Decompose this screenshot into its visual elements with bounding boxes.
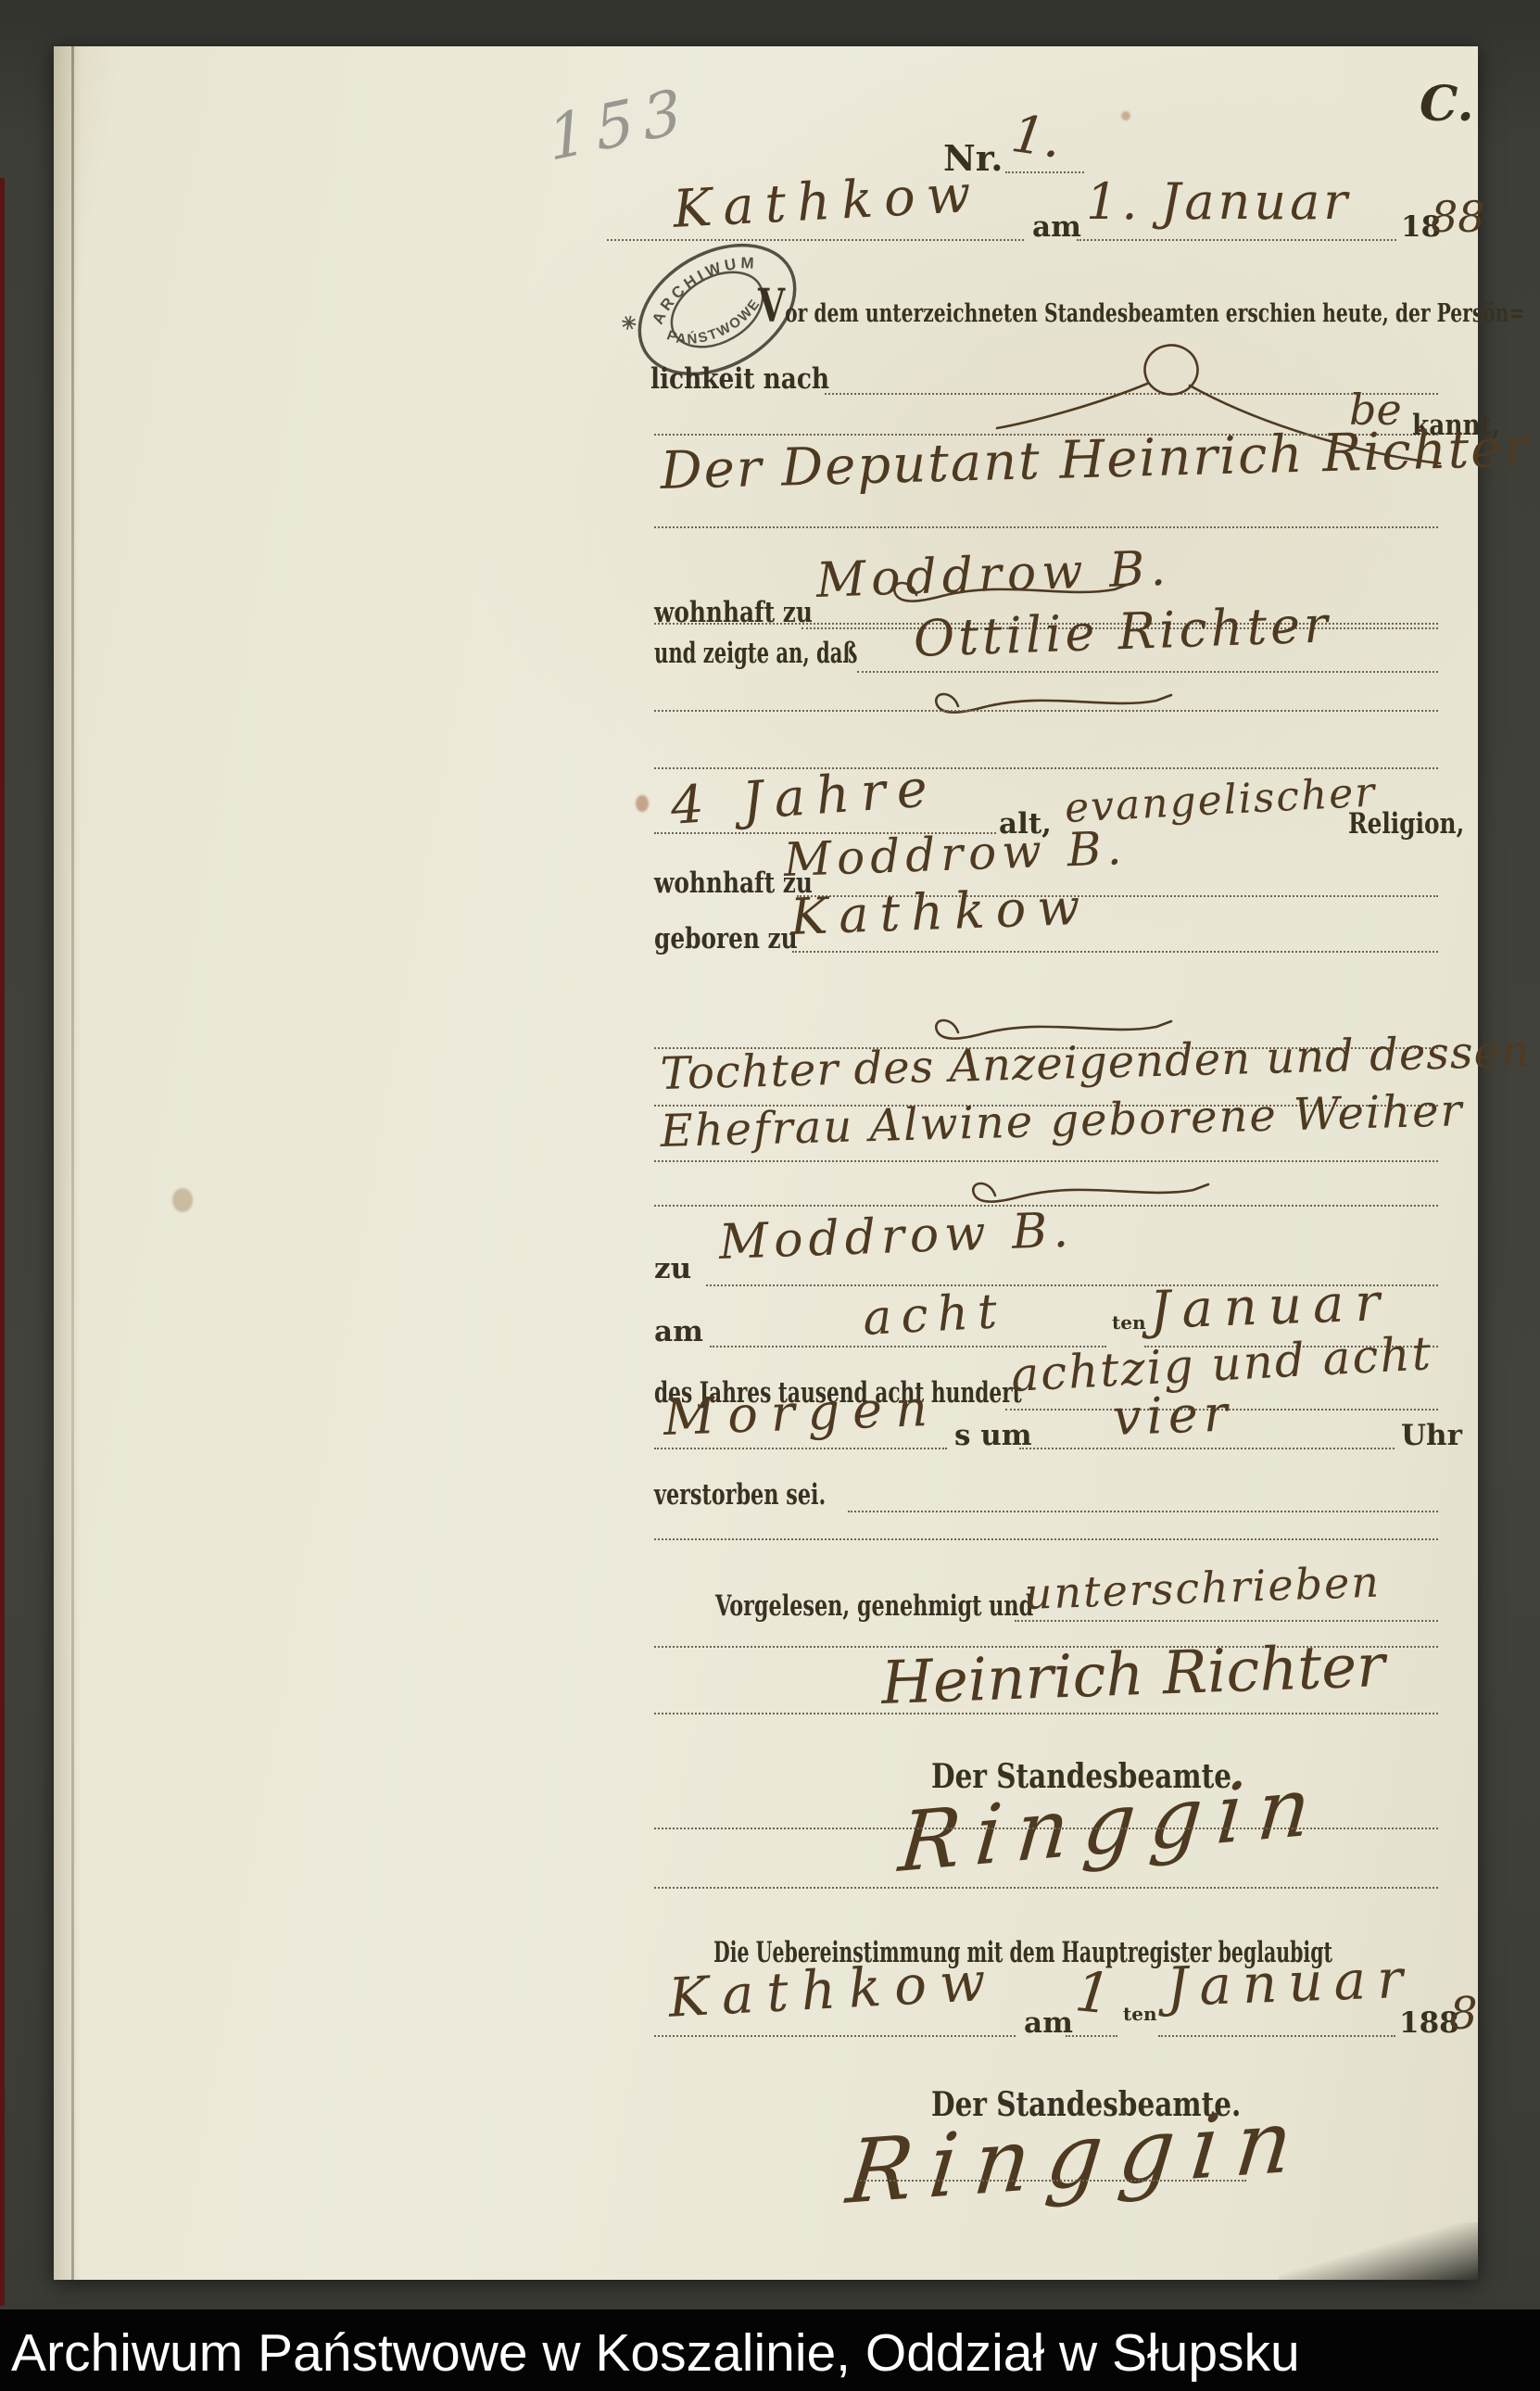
daytime-entry: Morgen (663, 1383, 941, 1445)
wohnhaft-label-1: wohnhaft zu (654, 597, 813, 628)
uhr-label: Uhr (1401, 1420, 1462, 1451)
certification-ten-label: ten (1123, 2004, 1157, 2024)
ruled-line (1005, 171, 1084, 173)
certification-month: Januar (1166, 1951, 1415, 2016)
ruled-line (654, 2035, 1016, 2037)
ruled-line (654, 1887, 1438, 1889)
intro-line1: Vor dem unterzeichneten Standesbeamten e… (758, 297, 1524, 328)
verstorben-label: verstorben sei. (654, 1479, 826, 1511)
page-corner-shadow (1279, 2222, 1478, 2280)
ruled-line (1077, 239, 1396, 241)
ruled-line (792, 951, 1438, 953)
binding-crease (71, 46, 74, 2280)
certification-year-hand: 8 (1449, 1991, 1478, 2037)
ruled-line (848, 1511, 1438, 1512)
ten-suffix-label: ten (1112, 1312, 1146, 1333)
paper-stain (172, 1188, 193, 1212)
ruled-line (1066, 2035, 1117, 2037)
ruled-line (654, 1160, 1438, 1162)
ruled-line (654, 710, 1438, 712)
s-um-label: s um (954, 1420, 1032, 1451)
ruled-line (857, 671, 1438, 673)
archive-caption-bar: Archiwum Państwowe w Koszalinie, Oddział… (0, 2309, 1540, 2391)
birthplace-entry: Kathkow (789, 881, 1092, 944)
intro-line2: lichkeit nach (650, 363, 829, 395)
certification-am-label: am (1024, 2007, 1073, 2039)
pen-flourish (927, 682, 1177, 723)
certification-day: 1 (1072, 1963, 1114, 2025)
death-day-entry: acht (862, 1286, 1007, 1345)
binding-fold-shadow (54, 46, 82, 2280)
ruled-line (1158, 2035, 1395, 2037)
dateline-am-label: am (1032, 211, 1081, 243)
ruled-line (654, 1538, 1438, 1540)
ruled-line (654, 1448, 947, 1449)
paper-stain (636, 795, 649, 812)
ruled-line (607, 239, 1024, 241)
ruled-line (857, 2180, 1246, 2182)
unterschrieben-entry: unterschrieben (1024, 1560, 1382, 1617)
religion-label: Religion, (1348, 808, 1464, 840)
ruled-line (1015, 1620, 1438, 1622)
record-number-value: 1. (1008, 108, 1065, 169)
zeigte-an-label: und zeigte an, daß (654, 638, 857, 669)
geboren-label: geboren zu (654, 923, 798, 955)
form-corner-letter: C. (1420, 78, 1474, 131)
ruled-line (654, 1713, 1438, 1714)
death-place-entry: Moddrow B. (718, 1206, 1075, 1269)
scanned-register-page: 153 C. ARCHIWUM PAŃSTWOWE ✳ Nr. 1. Kathk… (0, 0, 1540, 2391)
dateline-year-hand: 88 (1431, 195, 1485, 239)
ruled-line (654, 526, 1438, 528)
residence-entry-2: Moddrow B. (783, 824, 1128, 884)
book-spine-edge (0, 178, 5, 2306)
ruled-line (1019, 1448, 1395, 1449)
residence-entry-1: Moddrow B. (815, 544, 1172, 607)
vorgelesen-label: Vorgelesen, genehmigt und (715, 1590, 1033, 1622)
ruled-line (654, 1828, 1438, 1829)
zu-label: zu (654, 1253, 691, 1284)
hour-entry: vier (1112, 1387, 1233, 1444)
archive-caption-text: Archiwum Państwowe w Koszalinie, Oddział… (11, 2322, 1300, 2384)
dateline-date: 1. Januar (1086, 176, 1351, 229)
paper-stain (1121, 111, 1130, 120)
am-label: am (654, 1316, 703, 1347)
